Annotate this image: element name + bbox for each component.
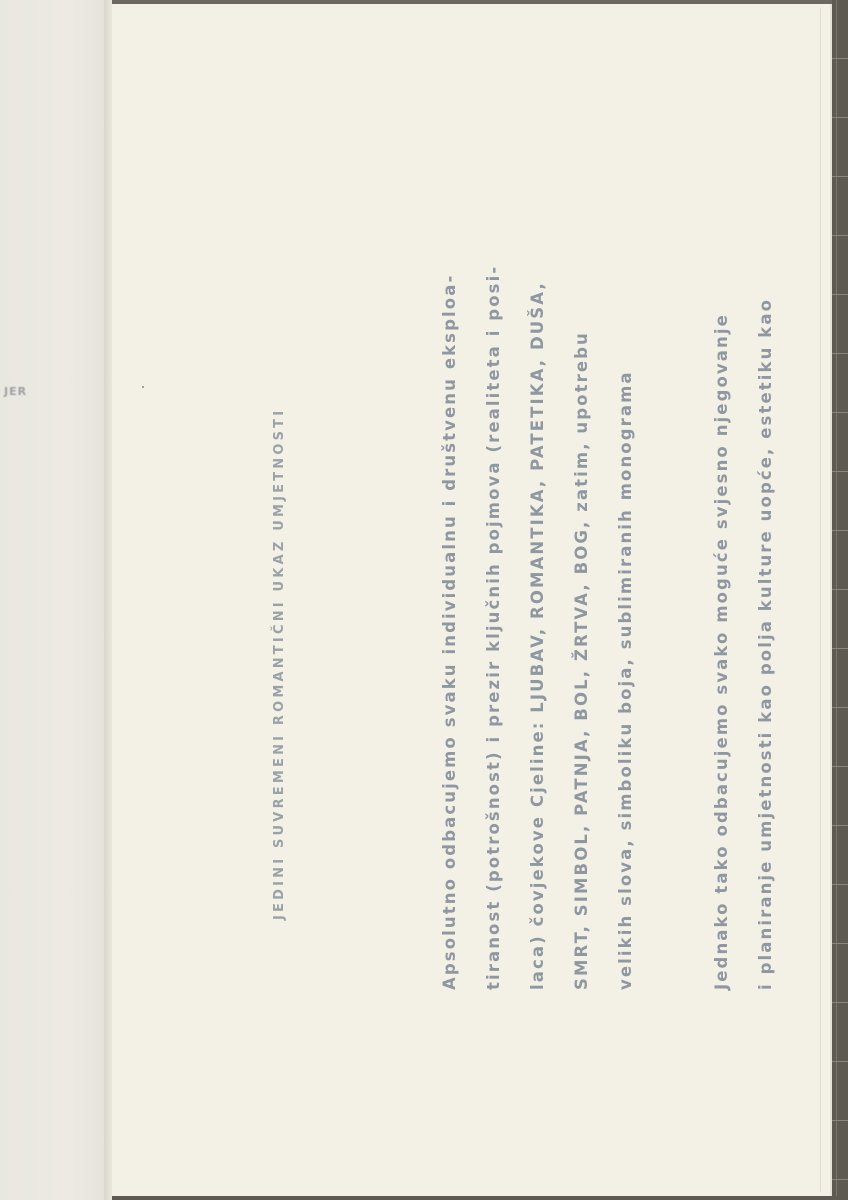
paragraph-line: SMRT, SIMBOL, PATNJA, BOL, ŽRTVA, BOG, z… (560, 265, 604, 990)
paragraph-line: Jednako tako odbacujemo svako moguće svj… (700, 298, 744, 990)
page-edge (820, 8, 821, 1192)
facing-page: JER (0, 0, 112, 1200)
facing-page-text-fragment: JER (4, 385, 27, 398)
paragraph-1: Apsolutno odbacujemo svaku individualnu … (428, 265, 648, 990)
ink-speck (142, 386, 144, 388)
paragraph-2: Jednako tako odbacujemo svako moguće svj… (700, 298, 788, 990)
paragraph-line: Apsolutno odbacujemo svaku individualnu … (428, 265, 472, 990)
paragraph-line: laca) čovjekove Cjeline: LJUBAV, ROMANTI… (516, 265, 560, 990)
paragraph-line: i planiranje umjetnosti kao polja kultur… (744, 298, 788, 990)
background-bottom-strip (112, 1196, 848, 1200)
cutting-mat-background (832, 0, 848, 1200)
paragraph-line: tiranost (potrošnost) i prezir ključnih … (472, 265, 516, 990)
page-title: JEDINI SUVREMENI ROMANTIČNI UKAZ UMJETNO… (272, 408, 287, 920)
paragraph-line: velikih slova, simboliku boja, sublimira… (604, 265, 648, 990)
